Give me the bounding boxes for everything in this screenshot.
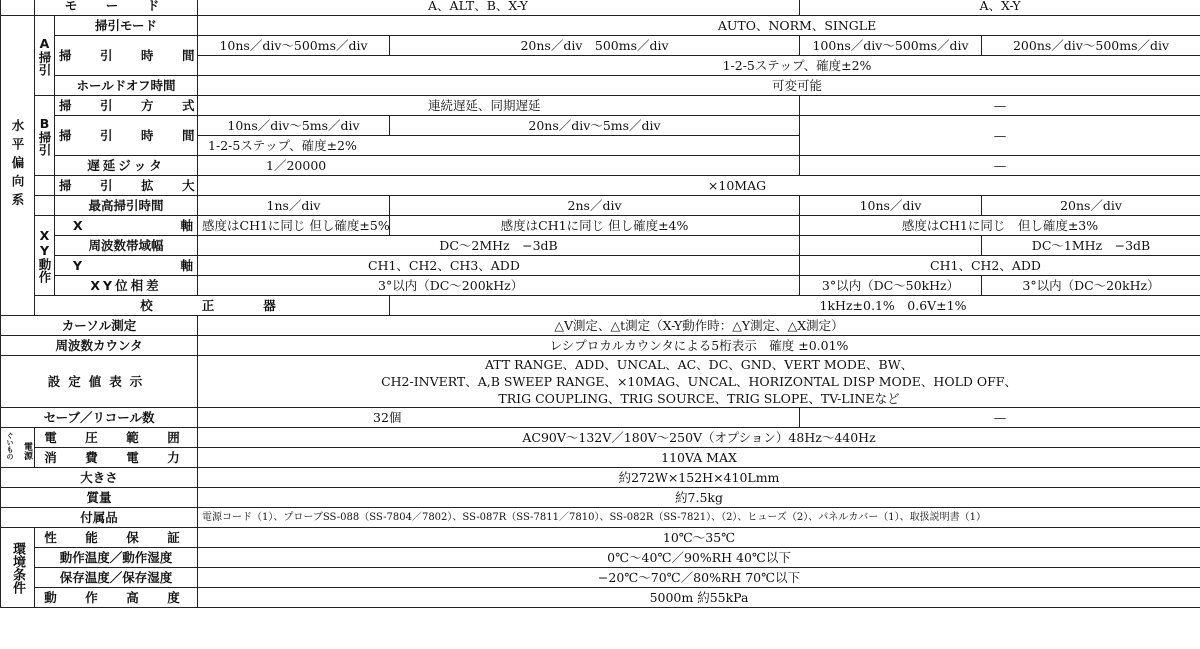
row-altitude: 動 作 高 度 5000m 約55kPa <box>1 588 1200 608</box>
xy-bandwidth-left: DC～2MHz −3dB <box>198 236 800 256</box>
b-sweep-time-label: 掃 引 時 間 <box>55 116 198 156</box>
fastest-2: 2ns／div <box>390 196 800 216</box>
power-side-label: ぐいもの <box>1 432 18 460</box>
settings-display-value: ATT RANGE、ADD、UNCAL、AC、DC、GND、VERT MODE、… <box>198 356 1200 408</box>
xy-phase-label: XY位相差 <box>55 276 198 296</box>
fastest-4: 20ns／div <box>982 196 1200 216</box>
magnify-value: ×10MAG <box>198 176 1200 196</box>
xy-x-3: 感度はCH1に同じ 但し確度±3% <box>800 216 1200 236</box>
fastest-3: 10ns／div <box>800 196 982 216</box>
a-sweep-time-3: 100ns／div～500ms／div <box>800 36 982 56</box>
a-sweep-time-2: 20ns／div 500ms／div <box>390 36 800 56</box>
xy-bandwidth-right: DC～1MHz −3dB <box>982 236 1200 256</box>
row-xy-phase: XY位相差 3°以内（DC～200kHz） 3°以内（DC～50kHz） 3°以… <box>1 276 1200 296</box>
counter-label: 周波数カウンタ <box>1 336 198 356</box>
save-recall-right: — <box>800 408 1200 428</box>
xy-x-label: X 軸 <box>55 216 198 236</box>
row-voltage: ぐいもの電源 電 圧 範 囲 AC90V～132V／180V～250V（オプショ… <box>1 428 1200 448</box>
mode-left: A、ALT、B、X-Y <box>198 0 800 16</box>
b-sweep-group-label: B掃引 <box>35 96 55 176</box>
b-method-left: 連続遅延、同期遅延 <box>198 96 800 116</box>
weight-value: 約7.5kg <box>198 488 1200 508</box>
cursor-label: カーソル測定 <box>1 316 198 336</box>
row-calibrator: 校 正 器 1kHz±0.1% 0.6V±1% <box>1 296 1200 316</box>
cursor-value: △V測定、△t測定（X-Y動作時：△Y測定、△X測定） <box>198 316 1200 336</box>
size-label: 大きさ <box>1 468 198 488</box>
holdoff-value: 可変可能 <box>198 76 1200 96</box>
save-recall-left: 32個 <box>198 408 800 428</box>
row-xy-y: Y 軸 CH1、CH2、CH3、ADD CH1、CH2、ADD <box>1 256 1200 276</box>
a-sweep-time-1: 10ns／div～500ms／div <box>198 36 390 56</box>
row-a-sweep-time: 掃 引 時 間 10ns／div～500ms／div 20ns／div 500m… <box>1 36 1200 56</box>
size-value: 約272W×152H×410Lmm <box>198 468 1200 488</box>
environment-group-label: 環境条件 <box>1 528 35 608</box>
xy-y-label: Y 軸 <box>55 256 198 276</box>
row-weight: 質量 約7.5kg <box>1 488 1200 508</box>
row-cursor: カーソル測定 △V測定、△t測定（X-Y動作時：△Y測定、△X測定） <box>1 316 1200 336</box>
row-magnify: 掃 引 拡 大 ×10MAG <box>1 176 1200 196</box>
a-sweep-mode-label: 掃引モード <box>55 16 198 36</box>
xy-y-left: CH1、CH2、CH3、ADD <box>198 256 800 276</box>
operating-label: 動作温度／動作湿度 <box>35 548 198 568</box>
storage-value: −20℃～70℃／80%RH 70℃以下 <box>198 568 1200 588</box>
magnify-label: 掃 引 拡 大 <box>55 176 198 196</box>
xy-group-label: XY動作 <box>35 216 55 296</box>
row-a-sweep-mode: 水平偏向系 A掃引 掃引モード AUTO、NORM、SINGLE <box>1 16 1200 36</box>
mode-label: モ ー ド <box>35 0 198 16</box>
a-sweep-mode-value: AUTO、NORM、SINGLE <box>198 16 1200 36</box>
performance-label: 性 能 保 証 <box>35 528 198 548</box>
b-method-label: 掃 引 方 式 <box>55 96 198 116</box>
row-b-sweep-time: 掃 引 時 間 10ns／div～5ms／div 20ns／div～5ms／di… <box>1 116 1200 136</box>
settings-line-2: CH2-INVERT、A,B SWEEP RANGE、×10MAG、UNCAL、… <box>202 373 1196 390</box>
voltage-label: 電 圧 範 囲 <box>35 428 198 448</box>
xy-y-right: CH1、CH2、ADD <box>800 256 1200 276</box>
counter-value: レシプロカルカウンタによる5桁表示 確度 ±0.01% <box>198 336 1200 356</box>
xy-x-2: 感度はCH1に同じ 但し確度±4% <box>390 216 800 236</box>
consumption-label: 消 費 電 力 <box>35 448 198 468</box>
row-counter: 周波数カウンタ レシプロカルカウンタによる5桁表示 確度 ±0.01% <box>1 336 1200 356</box>
row-size: 大きさ 約272W×152H×410Lmm <box>1 468 1200 488</box>
altitude-label: 動 作 高 度 <box>35 588 198 608</box>
b-sweep-time-2: 20ns／div～5ms／div <box>390 116 800 136</box>
calibrator-label: 校 正 器 <box>35 296 390 316</box>
settings-display-label: 設定値表示 <box>1 356 198 408</box>
holdoff-label: ホールドオフ時間 <box>55 76 198 96</box>
operating-value: 0℃～40℃／90%RH 40℃以下 <box>198 548 1200 568</box>
jitter-right: — <box>800 156 1200 176</box>
row-mode: モ ー ド A、ALT、B、X-Y A、X-Y <box>1 0 1200 16</box>
jitter-left: 1／20000 <box>198 156 800 176</box>
xy-x-1: 感度はCH1に同じ 但し確度±5% <box>198 216 390 236</box>
a-sweep-group-label: A掃引 <box>35 16 55 96</box>
storage-label: 保存温度／保存湿度 <box>35 568 198 588</box>
row-holdoff: ホールドオフ時間 可変可能 <box>1 76 1200 96</box>
altitude-value: 5000m 約55kPa <box>198 588 1200 608</box>
accessories-label: 付属品 <box>1 508 198 528</box>
weight-label: 質量 <box>1 488 198 508</box>
consumption-value: 110VA MAX <box>198 448 1200 468</box>
row-operating: 動作温度／動作湿度 0℃～40℃／90%RH 40℃以下 <box>1 548 1200 568</box>
xy-phase-1: 3°以内（DC～200kHz） <box>198 276 800 296</box>
b-sweep-accuracy: 1-2-5ステップ、確度±2% <box>198 136 800 156</box>
voltage-value: AC90V～132V／180V～250V（オプション）48Hz～440Hz <box>198 428 1200 448</box>
power-group-label: 電源 <box>18 442 35 460</box>
a-sweep-time-label: 掃 引 時 間 <box>55 36 198 76</box>
spec-table: モ ー ド A、ALT、B、X-Y A、X-Y 水平偏向系 A掃引 掃引モード … <box>0 0 1200 608</box>
row-performance: 環境条件 性 能 保 証 10℃～35℃ <box>1 528 1200 548</box>
row-accessories: 付属品 電源コード（1）、プローブSS-088（SS-7804／7802）、SS… <box>1 508 1200 528</box>
a-sweep-time-4: 200ns／div～500ms／div <box>982 36 1200 56</box>
b-method-right: — <box>800 96 1200 116</box>
row-fastest: 最高掃引時間 1ns／div 2ns／div 10ns／div 20ns／div <box>1 196 1200 216</box>
accessories-value: 電源コード（1）、プローブSS-088（SS-7804／7802）、SS-087… <box>198 508 1200 528</box>
row-consumption: 消 費 電 力 110VA MAX <box>1 448 1200 468</box>
xy-phase-3: 3°以内（DC～20kHz） <box>982 276 1200 296</box>
xy-bandwidth-label: 周波数帯域幅 <box>55 236 198 256</box>
a-sweep-accuracy: 1-2-5ステップ、確度±2% <box>198 56 1200 76</box>
row-xy-x: XY動作 X 軸 感度はCH1に同じ 但し確度±5% 感度はCH1に同じ 但し確… <box>1 216 1200 236</box>
fastest-label: 最高掃引時間 <box>55 196 198 216</box>
row-jitter: 遅延ジッタ 1／20000 — <box>1 156 1200 176</box>
performance-value: 10℃～35℃ <box>198 528 1200 548</box>
calibrator-value: 1kHz±0.1% 0.6V±1% <box>390 296 1200 316</box>
fastest-1: 1ns／div <box>198 196 390 216</box>
horizontal-group-label: 水平偏向系 <box>1 16 35 316</box>
jitter-label: 遅延ジッタ <box>55 156 198 176</box>
row-b-method: B掃引 掃 引 方 式 連続遅延、同期遅延 — <box>1 96 1200 116</box>
mode-right: A、X-Y <box>800 0 1200 16</box>
row-xy-bandwidth: 周波数帯域幅 DC～2MHz −3dB DC～1MHz −3dB <box>1 236 1200 256</box>
row-save-recall: セーブ／リコール数 32個 — <box>1 408 1200 428</box>
power-group: ぐいもの電源 <box>1 428 35 468</box>
save-recall-label: セーブ／リコール数 <box>1 408 198 428</box>
row-storage: 保存温度／保存湿度 −20℃～70℃／80%RH 70℃以下 <box>1 568 1200 588</box>
settings-line-1: ATT RANGE、ADD、UNCAL、AC、DC、GND、VERT MODE、… <box>202 356 1196 373</box>
settings-line-3: TRIG COUPLING、TRIG SOURCE、TRIG SLOPE、TV-… <box>202 390 1196 407</box>
xy-phase-2: 3°以内（DC～50kHz） <box>800 276 982 296</box>
b-sweep-time-right: — <box>800 116 1200 156</box>
row-settings-display: 設定値表示 ATT RANGE、ADD、UNCAL、AC、DC、GND、VERT… <box>1 356 1200 408</box>
b-sweep-time-1: 10ns／div～5ms／div <box>198 116 390 136</box>
